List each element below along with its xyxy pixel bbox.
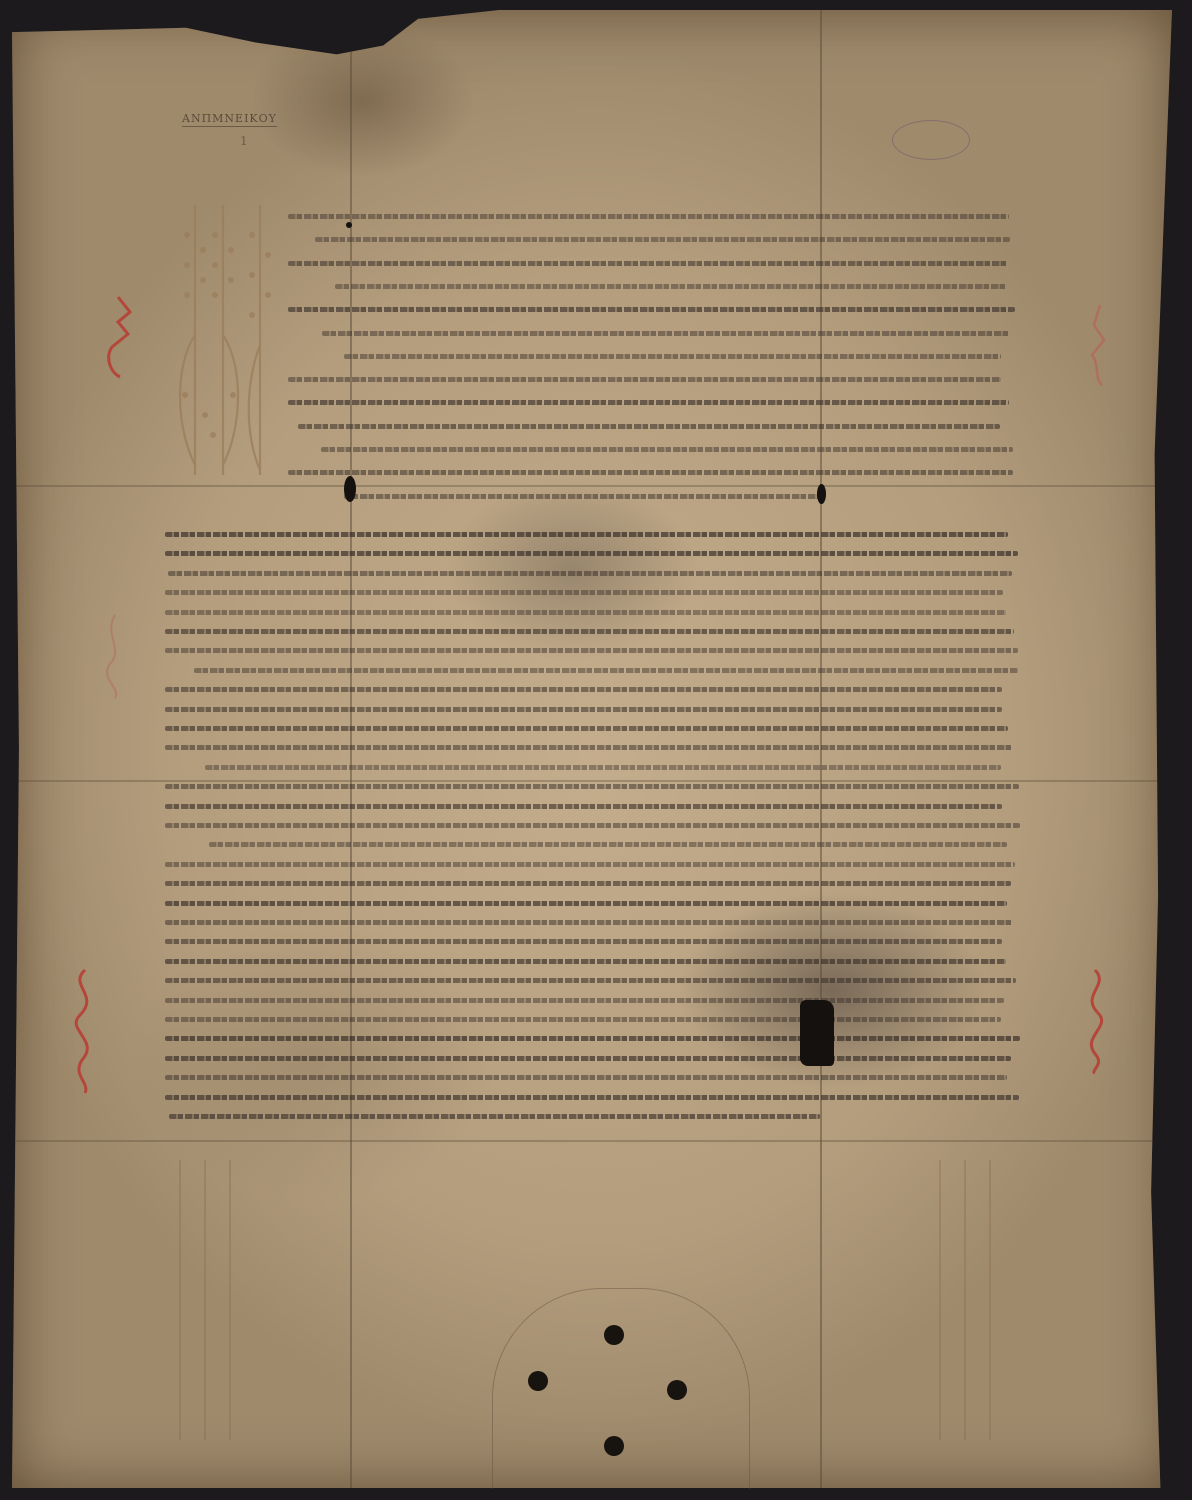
seal-hole	[528, 1371, 548, 1391]
damage-hole	[800, 1000, 834, 1066]
script-line	[165, 959, 1006, 964]
script-line	[205, 765, 1000, 770]
script-line	[165, 707, 1002, 712]
script-line	[165, 804, 1002, 809]
seal-hole	[604, 1436, 624, 1456]
foliate-ornament-icon	[165, 195, 280, 485]
script-line	[165, 784, 1019, 789]
script-line	[194, 668, 1018, 673]
fold-line-horizontal	[12, 780, 1172, 782]
red-flourish-icon	[60, 965, 110, 1095]
archive-stamp	[892, 120, 970, 160]
script-line	[165, 862, 1015, 867]
faded-ornament-icon	[920, 1160, 1010, 1440]
script-line	[165, 1056, 1011, 1061]
script-line	[168, 571, 1012, 576]
script-line	[169, 1114, 820, 1119]
seal-hole	[604, 1325, 624, 1345]
script-line	[165, 881, 1011, 886]
script-line	[165, 1095, 1019, 1100]
script-line	[165, 1017, 1001, 1022]
script-line	[165, 648, 1018, 653]
script-line	[165, 920, 1013, 925]
script-line	[165, 532, 1008, 537]
script-line	[165, 939, 1002, 944]
script-line	[165, 687, 1002, 692]
red-flourish-icon	[100, 292, 140, 382]
script-line	[315, 237, 1010, 242]
archive-number: 1	[240, 134, 248, 148]
script-line	[298, 424, 1000, 429]
script-line	[209, 842, 1007, 847]
faded-ornament-icon	[160, 1160, 250, 1440]
script-line	[288, 470, 1013, 475]
punched-hole	[817, 484, 826, 504]
script-line	[288, 307, 1015, 312]
script-line	[344, 354, 1000, 359]
script-line	[321, 447, 1014, 452]
seal-hole	[667, 1380, 687, 1400]
script-line	[165, 551, 1018, 556]
script-line	[322, 331, 1011, 336]
script-line	[165, 823, 1020, 828]
script-line	[165, 978, 1016, 983]
archive-label: ΑΝΠΜΝΕΙΚΟΥ	[182, 112, 277, 127]
script-line	[165, 745, 1012, 750]
script-line	[288, 261, 1008, 266]
script-line	[165, 998, 1004, 1003]
script-line	[165, 590, 1003, 595]
punched-hole	[344, 476, 356, 502]
script-line	[288, 214, 1009, 219]
red-flourish-icon	[1080, 300, 1120, 390]
script-line	[165, 1036, 1020, 1041]
script-line	[288, 400, 1009, 405]
fold-line-horizontal	[12, 485, 1172, 487]
red-flourish-icon	[1070, 965, 1120, 1075]
script-line	[165, 726, 1008, 731]
script-line	[344, 494, 820, 499]
ink-dot	[346, 222, 352, 228]
red-flourish-icon	[95, 610, 135, 700]
script-line	[165, 610, 1006, 615]
script-line	[165, 901, 1007, 906]
fold-line-horizontal	[12, 1140, 1172, 1142]
script-line	[288, 377, 1001, 382]
script-line	[165, 629, 1014, 634]
script-line	[335, 284, 1007, 289]
script-line	[165, 1075, 1007, 1080]
